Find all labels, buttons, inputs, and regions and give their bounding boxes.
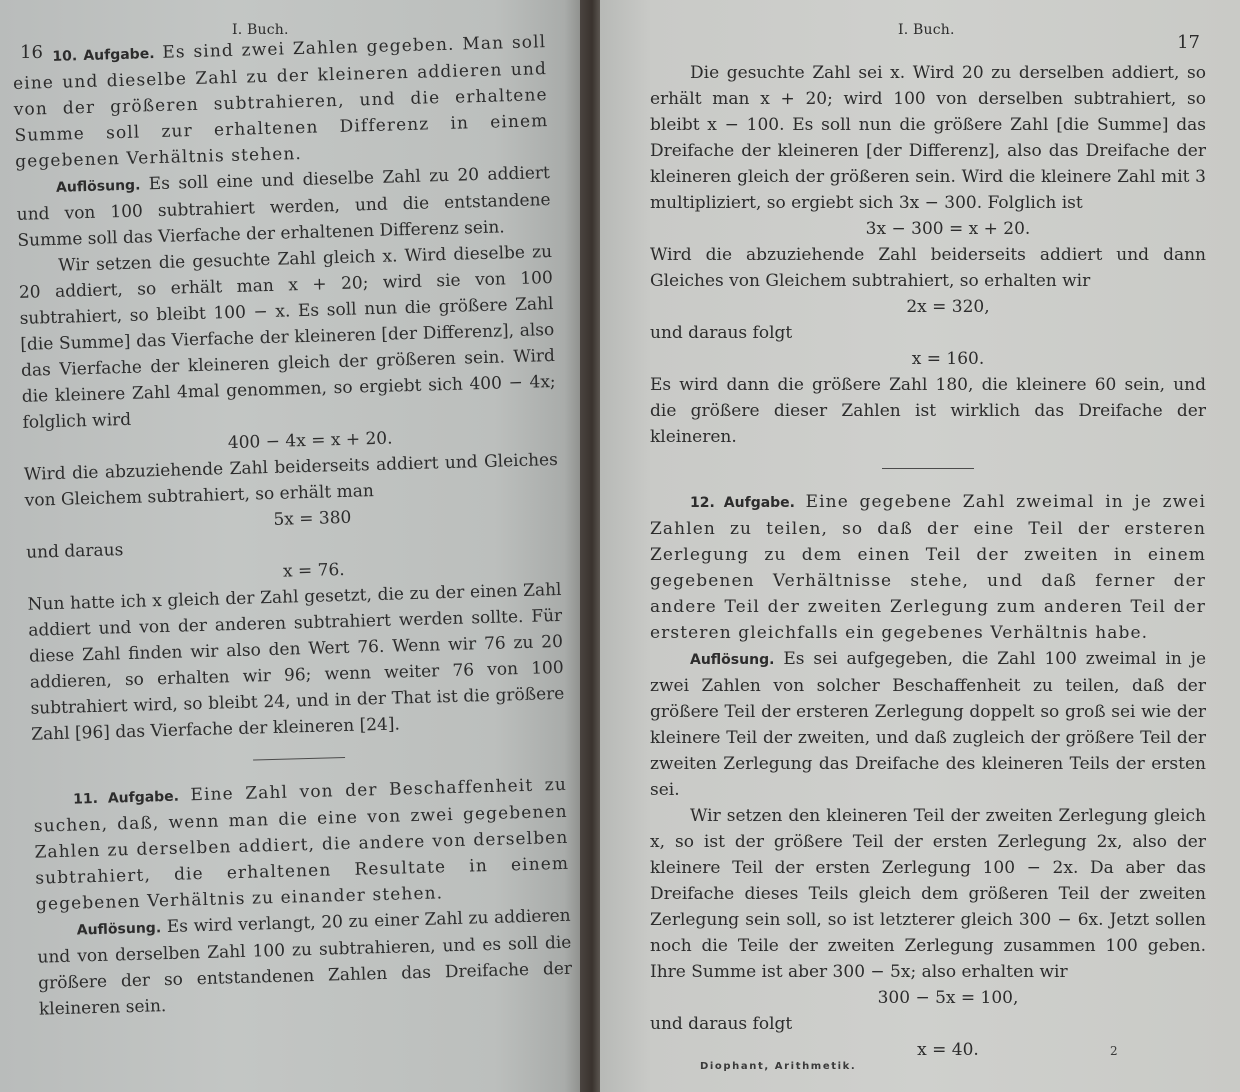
left-page: I. Buch. 16 10. Aufgabe. Es sind zwei Za… <box>0 0 582 1092</box>
solution-heading: Auflösung. <box>77 920 162 938</box>
formula: 300 − 5x = 100, <box>650 985 1206 1011</box>
problem-10-statement: 10. Aufgabe. Es sind zwei Zahlen gegeben… <box>12 29 549 175</box>
problem-12-solution-intro: Auflösung. Es sei aufgegeben, die Zahl 1… <box>650 646 1206 803</box>
footer-signature: Diophant, Arithmetik. <box>700 1061 856 1072</box>
solution-heading: Auflösung. <box>56 177 141 195</box>
solution-heading: Auflösung. <box>690 652 774 668</box>
problem-12-heading: 12. Aufgabe. <box>690 495 795 511</box>
paragraph: Es wird dann die größere Zahl 180, die k… <box>650 372 1206 450</box>
paragraph: Wir setzen den kleineren Teil der zweite… <box>650 803 1206 985</box>
paragraph: und daraus folgt <box>650 320 1206 346</box>
formula: x = 40. <box>650 1037 1206 1063</box>
paragraph: Die gesuchte Zahl sei x. Wird 20 zu ders… <box>650 60 1206 216</box>
problem-12-statement: 12. Aufgabe. Eine gegebene Zahl zweimal … <box>650 489 1206 646</box>
running-head: I. Buch. <box>898 22 955 38</box>
paragraph: Nun hatte ich x gleich der Zahl gesetzt,… <box>27 577 565 748</box>
left-text-block: 10. Aufgabe. Es sind zwei Zahlen gegeben… <box>12 29 573 1023</box>
problem-10-solution-intro: Auflösung. Es soll eine und dieselbe Zah… <box>16 160 552 254</box>
section-divider <box>253 757 345 761</box>
formula: 3x − 300 = x + 20. <box>650 216 1206 242</box>
formula: 2x = 320, <box>650 294 1206 320</box>
section-divider <box>882 468 974 469</box>
page-number: 17 <box>1177 32 1200 53</box>
paragraph: Wird die abzuziehende Zahl beiderseits a… <box>650 242 1206 294</box>
formula: x = 160. <box>650 346 1206 372</box>
right-text-block: Die gesuchte Zahl sei x. Wird 20 zu ders… <box>650 60 1206 1063</box>
right-page: I. Buch. 17 Die gesuchte Zahl sei x. Wir… <box>600 0 1240 1092</box>
problem-11-heading: 11. Aufgabe. <box>73 789 179 808</box>
problem-11-statement: 11. Aufgabe. Eine Zahl von der Beschaffe… <box>33 772 570 918</box>
paragraph: Wir setzen die gesuchte Zahl gleich x. W… <box>18 239 557 436</box>
paragraph: und daraus folgt <box>650 1011 1206 1037</box>
book-spine <box>580 0 600 1092</box>
problem-11-solution-intro: Auflösung. Es wird verlangt, 20 zu einer… <box>36 903 573 1023</box>
problem-10-heading: 10. Aufgabe. <box>52 46 155 65</box>
sheet-number: 2 <box>1110 1044 1118 1058</box>
